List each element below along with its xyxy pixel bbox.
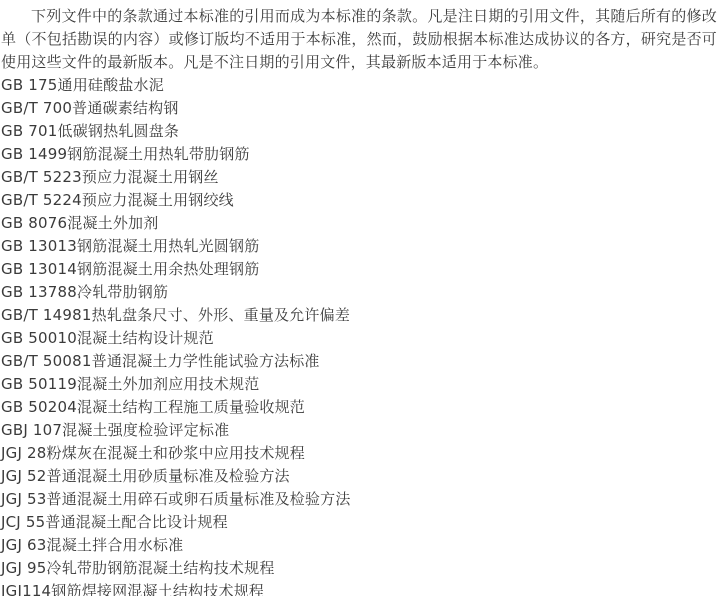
reference-item: JGJ 28粉煤灰在混凝土和砂浆中应用技术规程 (1, 442, 717, 465)
reference-item: GB 13014钢筋混凝土用余热处理钢筋 (1, 258, 717, 281)
reference-item: GB/T 700普通碳素结构钢 (1, 97, 717, 120)
reference-item: GB 701低碳钢热轧圆盘条 (1, 120, 717, 143)
reference-item: JCJ 55普通混凝土配合比设计规程 (1, 511, 717, 534)
intro-paragraph: 下列文件中的条款通过本标准的引用而成为本标准的条款。凡是注日期的引用文件，其随后… (1, 5, 717, 74)
reference-item: GB 50204混凝土结构工程施工质量验收规范 (1, 396, 717, 419)
reference-item: JGJ 95冷轧带肋钢筋混凝土结构技术规程 (1, 557, 717, 580)
reference-item: GB 1499钢筋混凝土用热轧带肋钢筋 (1, 143, 717, 166)
document-page: 下列文件中的条款通过本标准的引用而成为本标准的条款。凡是注日期的引用文件，其随后… (0, 0, 717, 596)
reference-item: GB 50119混凝土外加剂应用技术规范 (1, 373, 717, 396)
reference-item: GB 175通用硅酸盐水泥 (1, 74, 717, 97)
reference-item: JGJ 63混凝土拌合用水标准 (1, 534, 717, 557)
reference-item: GB 13013钢筋混凝土用热轧光圆钢筋 (1, 235, 717, 258)
reference-item: GB/T 5223预应力混凝土用钢丝 (1, 166, 717, 189)
reference-item: GB 13788冷轧带肋钢筋 (1, 281, 717, 304)
reference-item: GB/T 50081普通混凝土力学性能试验方法标准 (1, 350, 717, 373)
reference-item: JGJ 52普通混凝土用砂质量标准及检验方法 (1, 465, 717, 488)
reference-item: GBJ 107混凝土强度检验评定标准 (1, 419, 717, 442)
reference-item: JGJ 53普通混凝土用碎石或卵石质量标准及检验方法 (1, 488, 717, 511)
reference-item: GB 8076混凝土外加剂 (1, 212, 717, 235)
reference-item: GB/T 5224预应力混凝土用钢绞线 (1, 189, 717, 212)
reference-item: JGJ114钢筋焊接网混凝土结构技术规程 (1, 580, 717, 596)
reference-item: GB 50010混凝土结构设计规范 (1, 327, 717, 350)
reference-list: GB 175通用硅酸盐水泥 GB/T 700普通碳素结构钢 GB 701低碳钢热… (1, 74, 717, 596)
reference-item: GB/T 14981热轧盘条尺寸、外形、重量及允许偏差 (1, 304, 717, 327)
